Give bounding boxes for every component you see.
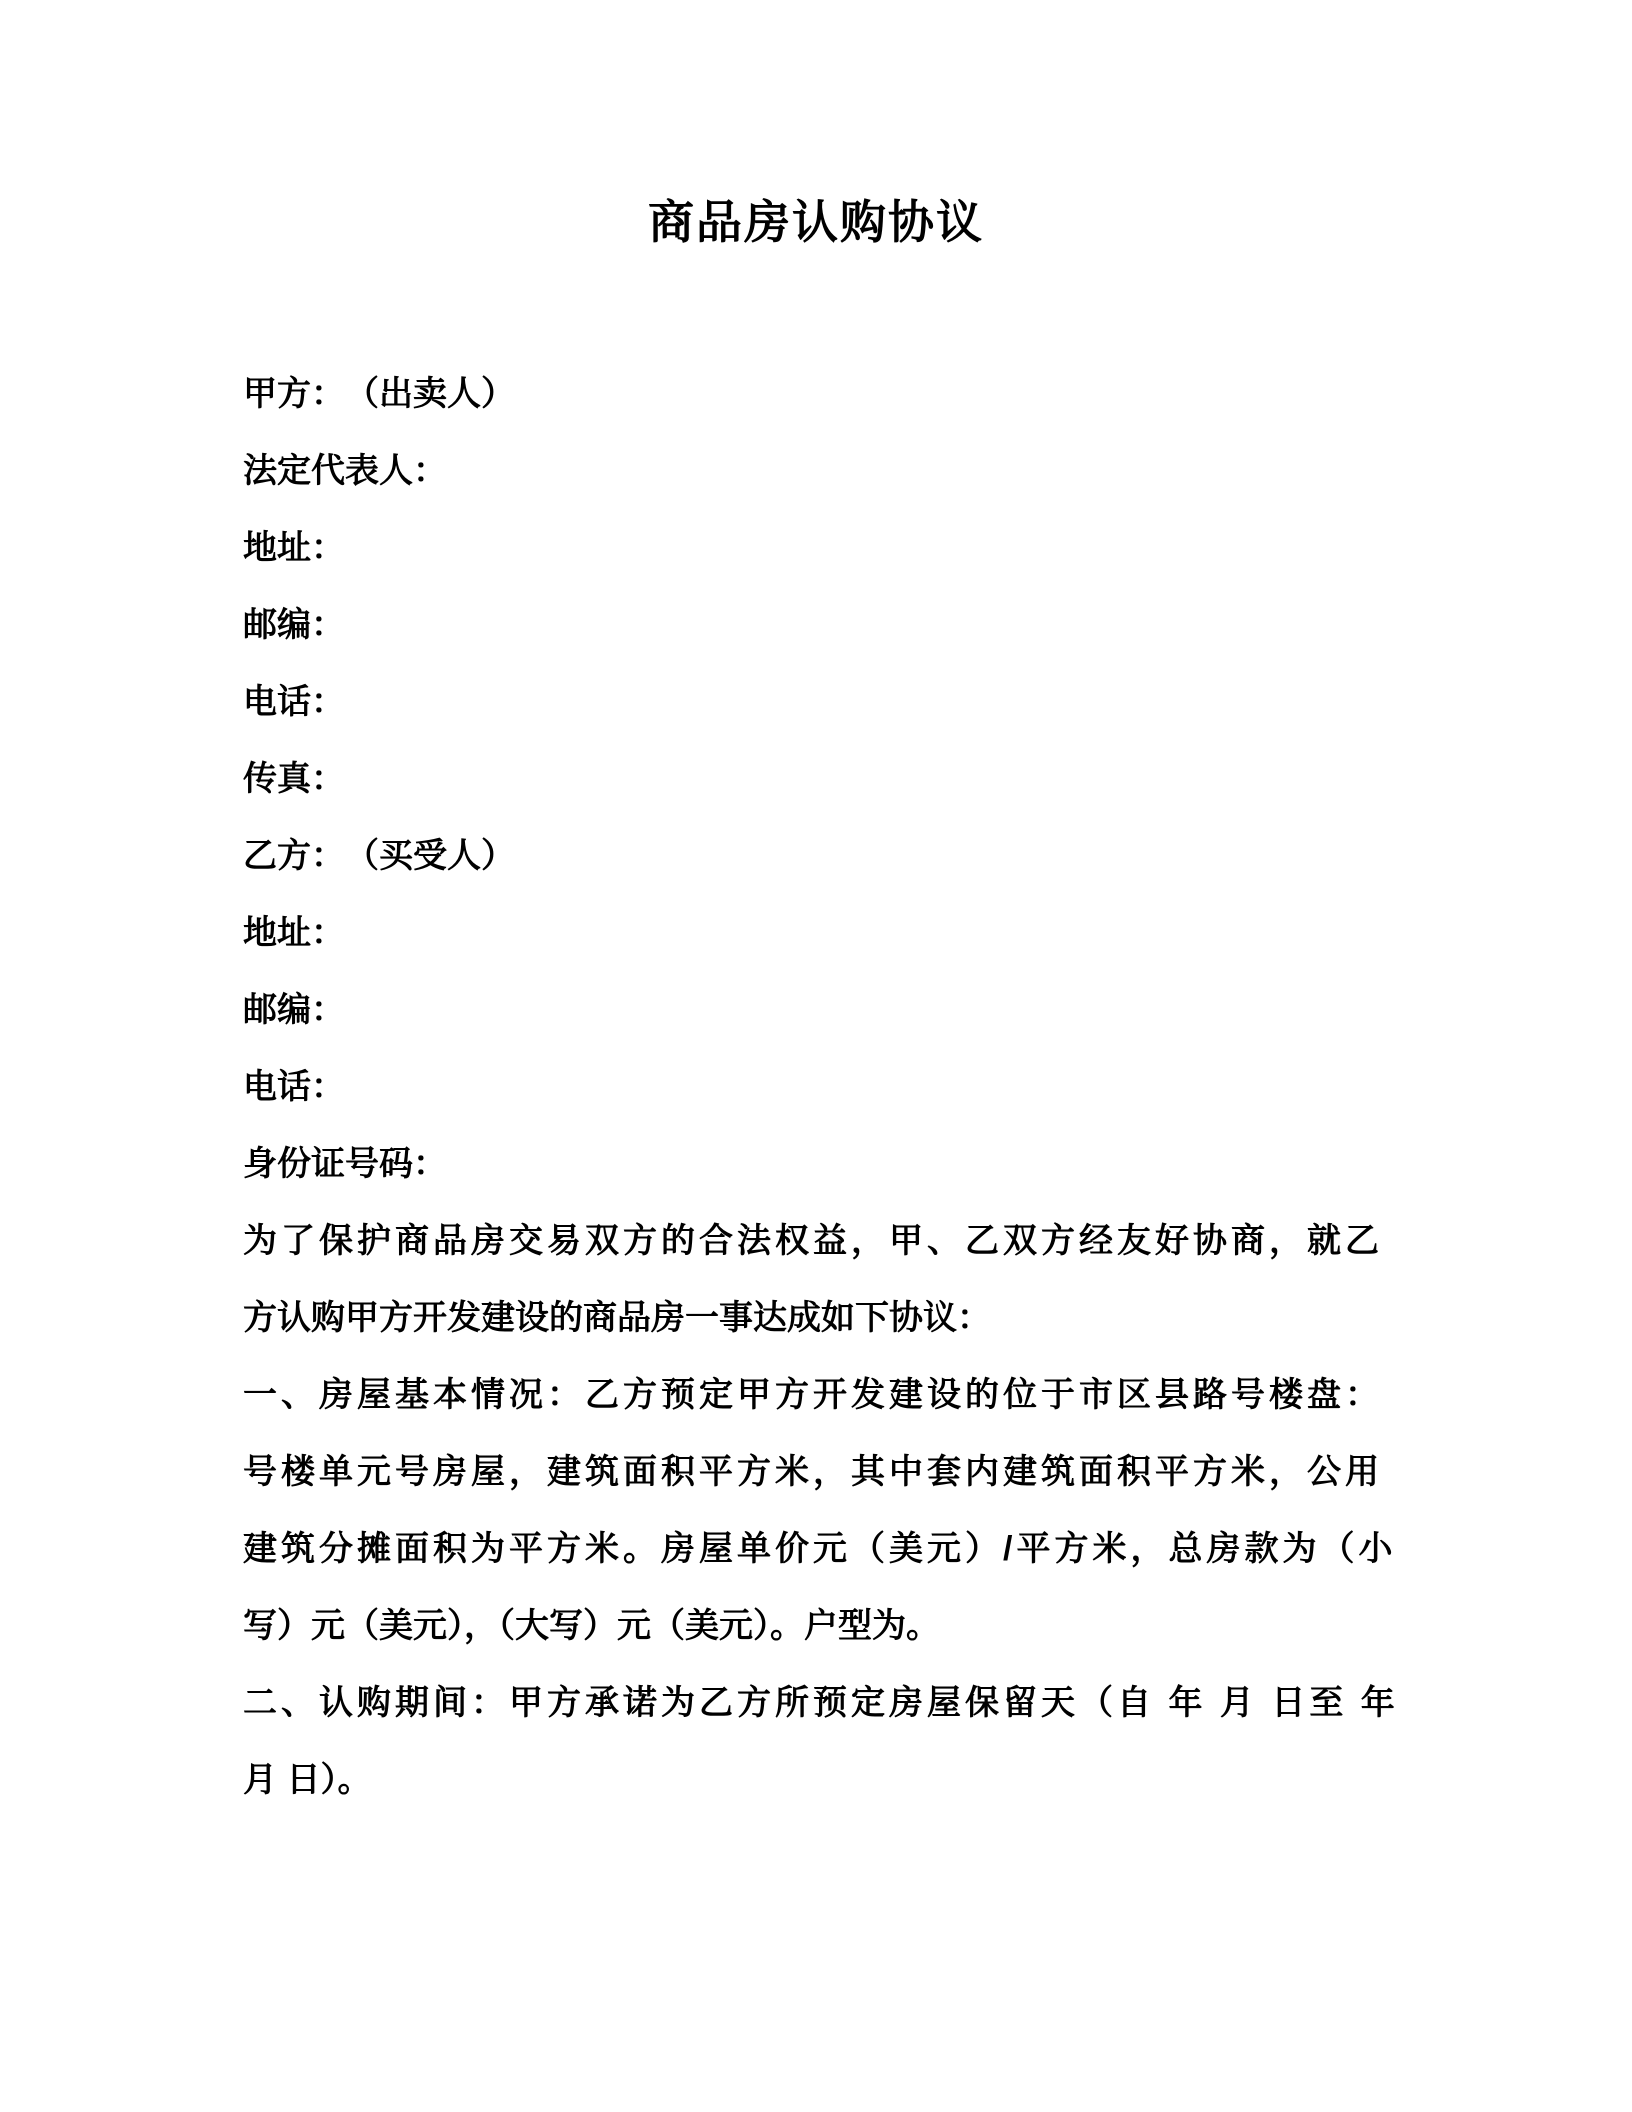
clause-1-line-4: 写）元（美元），（大写）元（美元）。户型为。 [243,1588,1392,1665]
field-party-a: 甲方： （出卖人） [243,356,1392,433]
field-seller-postcode: 邮编： [243,587,1392,664]
clause-1-line-3: 建筑分摊面积为平方米。房屋单价元（美元）/平方米，总房款为（小 [243,1511,1392,1588]
document-page: 商品房认购协议 甲方： （出卖人） 法定代表人： 地址： 邮编： 电话： 传真：… [0,0,1632,2112]
clause-1-line-2: 号楼单元号房屋，建筑面积平方米，其中套内建筑面积平方米，公用 [243,1434,1392,1511]
field-buyer-phone: 电话： [243,1049,1392,1126]
field-seller-fax: 传真： [243,741,1392,818]
field-buyer-postcode: 邮编： [243,972,1392,1049]
field-seller-address: 地址： [243,510,1392,587]
clause-1-line-1: 一、房屋基本情况：乙方预定甲方开发建设的位于市区县路号楼盘： [243,1357,1392,1434]
document-title: 商品房认购协议 [0,190,1632,254]
field-buyer-id-number: 身份证号码： [243,1126,1392,1203]
document-body: 甲方： （出卖人） 法定代表人： 地址： 邮编： 电话： 传真： 乙方： （买受… [243,356,1392,1819]
preamble-line-1: 为了保护商品房交易双方的合法权益，甲、乙双方经友好协商，就乙 [243,1203,1392,1280]
field-buyer-address: 地址： [243,895,1392,972]
clause-2-line-2: 月 日）。 [243,1742,1392,1819]
clause-2-line-1: 二、认购期间：甲方承诺为乙方所预定房屋保留天（自 年 月 日至 年 [243,1665,1392,1742]
field-party-b: 乙方： （买受人） [243,818,1392,895]
field-seller-phone: 电话： [243,664,1392,741]
preamble-line-2: 方认购甲方开发建设的商品房一事达成如下协议： [243,1280,1392,1357]
field-legal-representative: 法定代表人： [243,433,1392,510]
